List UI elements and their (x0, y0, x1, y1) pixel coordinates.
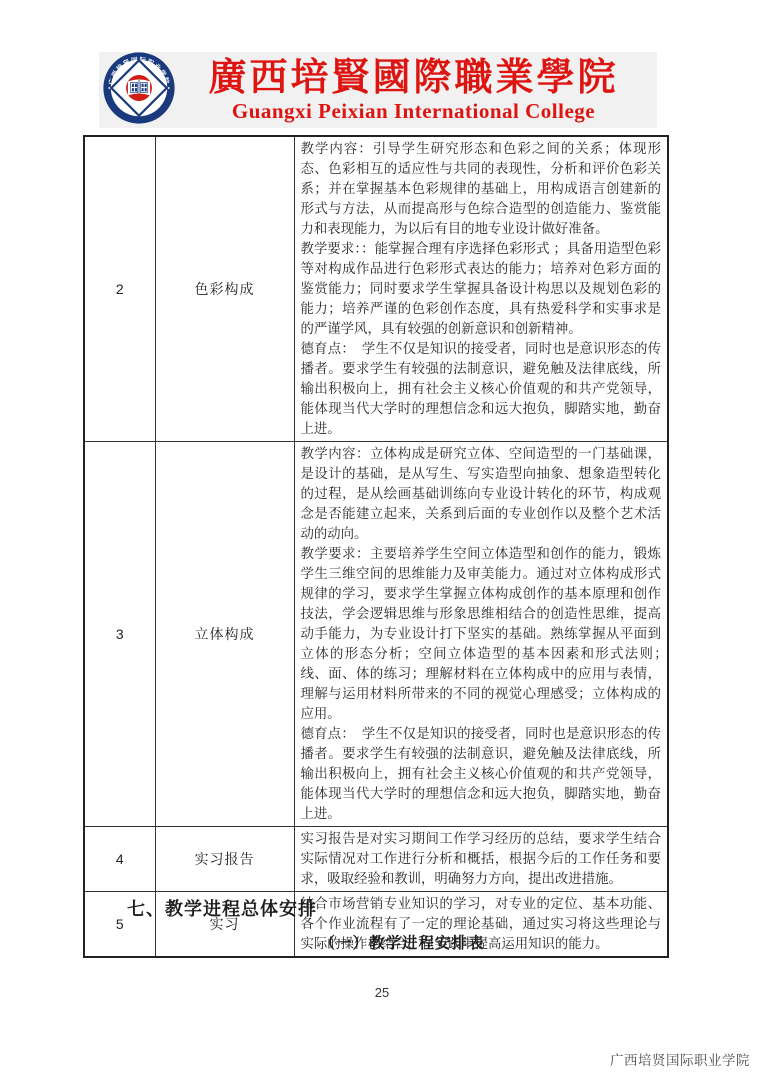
row-number-cell: 4 (84, 827, 155, 892)
table-row: 4 实习报告 实习报告是对实习期间工作学习经历的总结，要求学生结合实际情况对工作… (84, 827, 668, 892)
description-paragraph: 教学要求：：能掌握合理有序选择色彩形式 ；具备用造型色彩等对构成作品进行色彩形式… (301, 239, 662, 339)
description-paragraph: 德育点： 学生不仅是知识的接受者，同时也是意识形态的传播者。要求学生有较强的法制… (301, 339, 662, 439)
row-number-cell: 3 (84, 442, 155, 827)
section-heading: 七、教学进程总体安排 (127, 895, 317, 921)
college-titles: 廣西培賢國際職業學院 Guangxi Peixian International… (176, 57, 657, 123)
course-name-cell: 立体构成 (155, 442, 294, 827)
college-header-banner: 广西培贤国际职业学院 GUANGXI PEIXIAN INTERNATIONAL… (99, 52, 657, 128)
course-name-cell: 色彩构成 (155, 136, 294, 442)
course-table: 2 色彩构成 教学内容：引导学生研究形态和色彩之间的关系；体现形态、色彩相互的适… (83, 135, 669, 958)
course-desc-cell: 教学内容：引导学生研究形态和色彩之间的关系；体现形态、色彩相互的适应性与共同的表… (294, 136, 668, 442)
course-table-body: 2 色彩构成 教学内容：引导学生研究形态和色彩之间的关系；体现形态、色彩相互的适… (84, 136, 668, 957)
section-subheading: （一）教学进程安排表 (20, 931, 764, 953)
college-name-en: Guangxi Peixian International College (176, 99, 651, 123)
course-desc-cell: 实习报告是对实习期间工作学习经历的总结，要求学生结合实际情况对工作进行分析和概括… (294, 827, 668, 892)
description-paragraph: 教学内容：引导学生研究形态和色彩之间的关系；体现形态、色彩相互的适应性与共同的表… (301, 139, 662, 239)
row-number-cell: 2 (84, 136, 155, 442)
college-name-zh: 廣西培賢國際職業學院 (176, 57, 651, 99)
college-seal-logo: 广西培贤国际职业学院 GUANGXI PEIXIAN INTERNATIONAL… (102, 51, 176, 130)
description-paragraph: 教学内容：立体构成是研究立体、空间造型的一门基础课，是设计的基础，是从写生、写实… (301, 444, 662, 544)
course-name-cell: 实习报告 (155, 827, 294, 892)
page-number: 25 (0, 985, 764, 1000)
table-row: 2 色彩构成 教学内容：引导学生研究形态和色彩之间的关系；体现形态、色彩相互的适… (84, 136, 668, 442)
description-paragraph: 实习报告是对实习期间工作学习经历的总结，要求学生结合实际情况对工作进行分析和概括… (301, 829, 662, 889)
description-paragraph: 教学要求：主要培养学生空间立体造型和创作的能力，锻炼学生三维空间的思维能力及审美… (301, 544, 662, 724)
college-seal-icon: 广西培贤国际职业学院 GUANGXI PEIXIAN INTERNATIONAL… (102, 51, 176, 125)
document-page: 广西培贤国际职业学院 GUANGXI PEIXIAN INTERNATIONAL… (0, 0, 764, 1080)
course-desc-cell: 教学内容：立体构成是研究立体、空间造型的一门基础课，是设计的基础，是从写生、写实… (294, 442, 668, 827)
table-row: 3 立体构成 教学内容：立体构成是研究立体、空间造型的一门基础课，是设计的基础，… (84, 442, 668, 827)
footer-text: 广西培贤国际职业学院 (610, 1049, 750, 1069)
description-paragraph: 德育点： 学生不仅是知识的接受者，同时也是意识形态的传播者。要求学生有较强的法制… (301, 724, 662, 824)
